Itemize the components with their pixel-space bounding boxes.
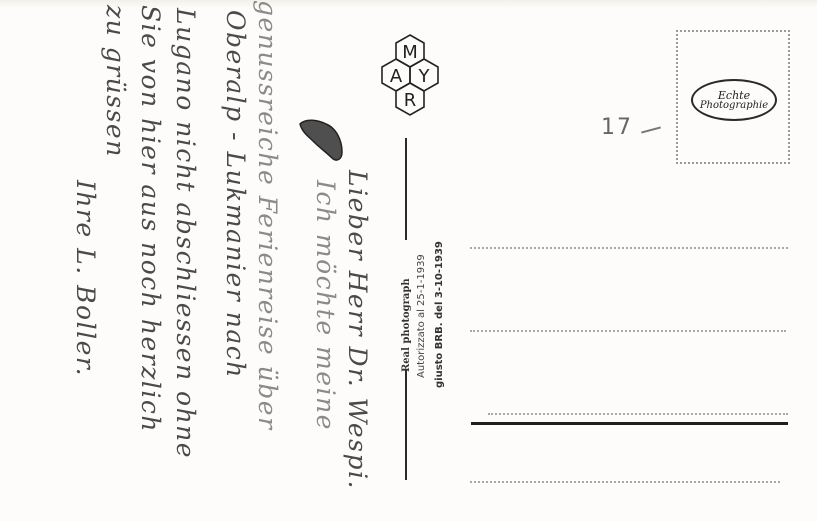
address-line-2 (470, 330, 786, 332)
svg-text:R: R (404, 90, 417, 111)
address-line-4 (470, 481, 780, 483)
seal-line-2: Photographie (700, 101, 768, 111)
postcard-back: Lieber Herr Dr. Wespi. Ich möchte meine … (0, 0, 817, 521)
svg-text:Y: Y (418, 66, 431, 87)
imprint-real-photograph: Real photograph (401, 278, 412, 372)
svg-text:M: M (402, 42, 418, 63)
message-line: Ich möchte meine (311, 180, 340, 431)
echte-photographie-seal: Echte Photographie (691, 79, 777, 121)
message-line: genussreiche Ferienreise über (253, 0, 282, 431)
address-line-1 (470, 247, 788, 249)
reference-dash (641, 126, 661, 133)
reference-number: 17 (601, 115, 633, 140)
seal-line-1: Echte (718, 90, 750, 101)
handwritten-message: Lieber Herr Dr. Wespi. Ich möchte meine … (40, 0, 370, 521)
message-signature: Ihre L. Boller. (71, 180, 100, 377)
message-line: Sie von hier aus noch herzlich (136, 5, 165, 433)
message-line: zu grüssen (101, 5, 130, 158)
message-line: Lugano nicht abschliessen ohne (171, 8, 200, 459)
address-line-3 (488, 413, 788, 415)
address-line-solid (471, 422, 788, 425)
ink-blot (298, 118, 346, 162)
svg-text:A: A (390, 66, 403, 87)
imprint-authorization: Autorizzato al 25-1-1939 (416, 254, 427, 378)
imprint-brb: giusto BRB. del 3-10-1939 (434, 241, 445, 388)
stamp-box: Echte Photographie (676, 30, 790, 164)
message-salutation: Lieber Herr Dr. Wespi. (343, 170, 372, 490)
mayr-logo-icon: M A Y R (372, 33, 448, 133)
message-line: Oberalp - Lukmanier nach (221, 10, 250, 379)
